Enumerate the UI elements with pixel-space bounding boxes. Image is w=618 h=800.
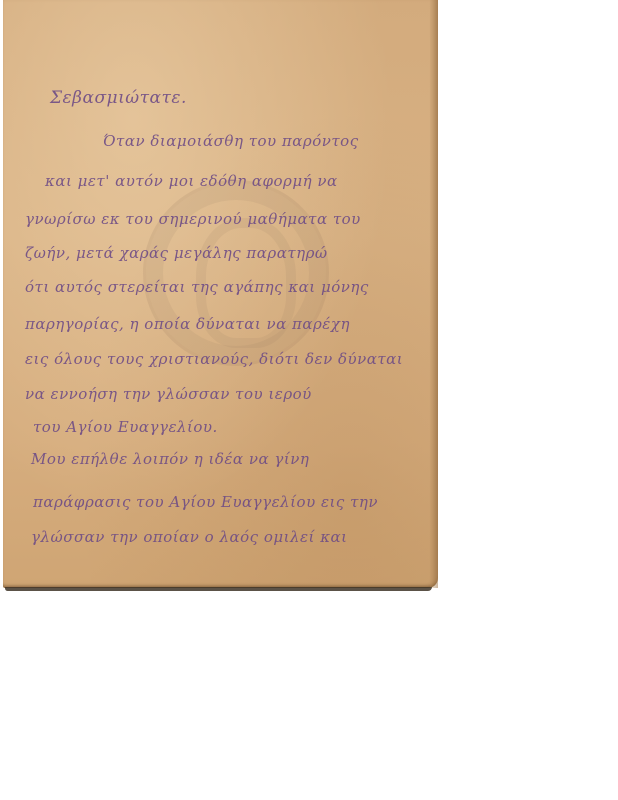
letter-line: Όταν διαμοιάσθη του παρόντος (103, 132, 359, 150)
letter-line: και μετ' αυτόν μοι εδόθη αφορμή να (45, 172, 338, 190)
letter-line: παράφρασις του Αγίου Ευαγγελίου εις την (33, 493, 378, 511)
letter-line: εις όλους τους χριστιανούς, διότι δεν δύ… (25, 350, 403, 368)
letter-salutation: Σεβασμιώτατε. (50, 88, 187, 108)
letter-line: γνωρίσω εκ του σημερινού μαθήματα του (25, 210, 361, 228)
letter-line: του Αγίου Ευαγγελίου. (33, 418, 218, 436)
letter-line: ζωήν, μετά χαράς μεγάλης παρατηρώ (25, 244, 328, 262)
letter-page: Σεβασμιώτατε. Όταν διαμοιάσθη του παρόντ… (3, 0, 438, 588)
page-edge (430, 0, 438, 588)
letter-line: Μου επήλθε λοιπόν η ιδέα να γίνη (31, 450, 309, 468)
letter-line: γλώσσαν την οποίαν ο λαός ομιλεί και (31, 528, 348, 546)
watermark-stamp-icon (143, 180, 329, 366)
letter-line: παρηγορίας, η οποία δύναται να παρέχη (25, 315, 350, 333)
letter-line: να εννοήση την γλώσσαν του ιερού (25, 385, 312, 403)
letter-line: ότι αυτός στερείται της αγάπης και μόνης (25, 278, 369, 296)
